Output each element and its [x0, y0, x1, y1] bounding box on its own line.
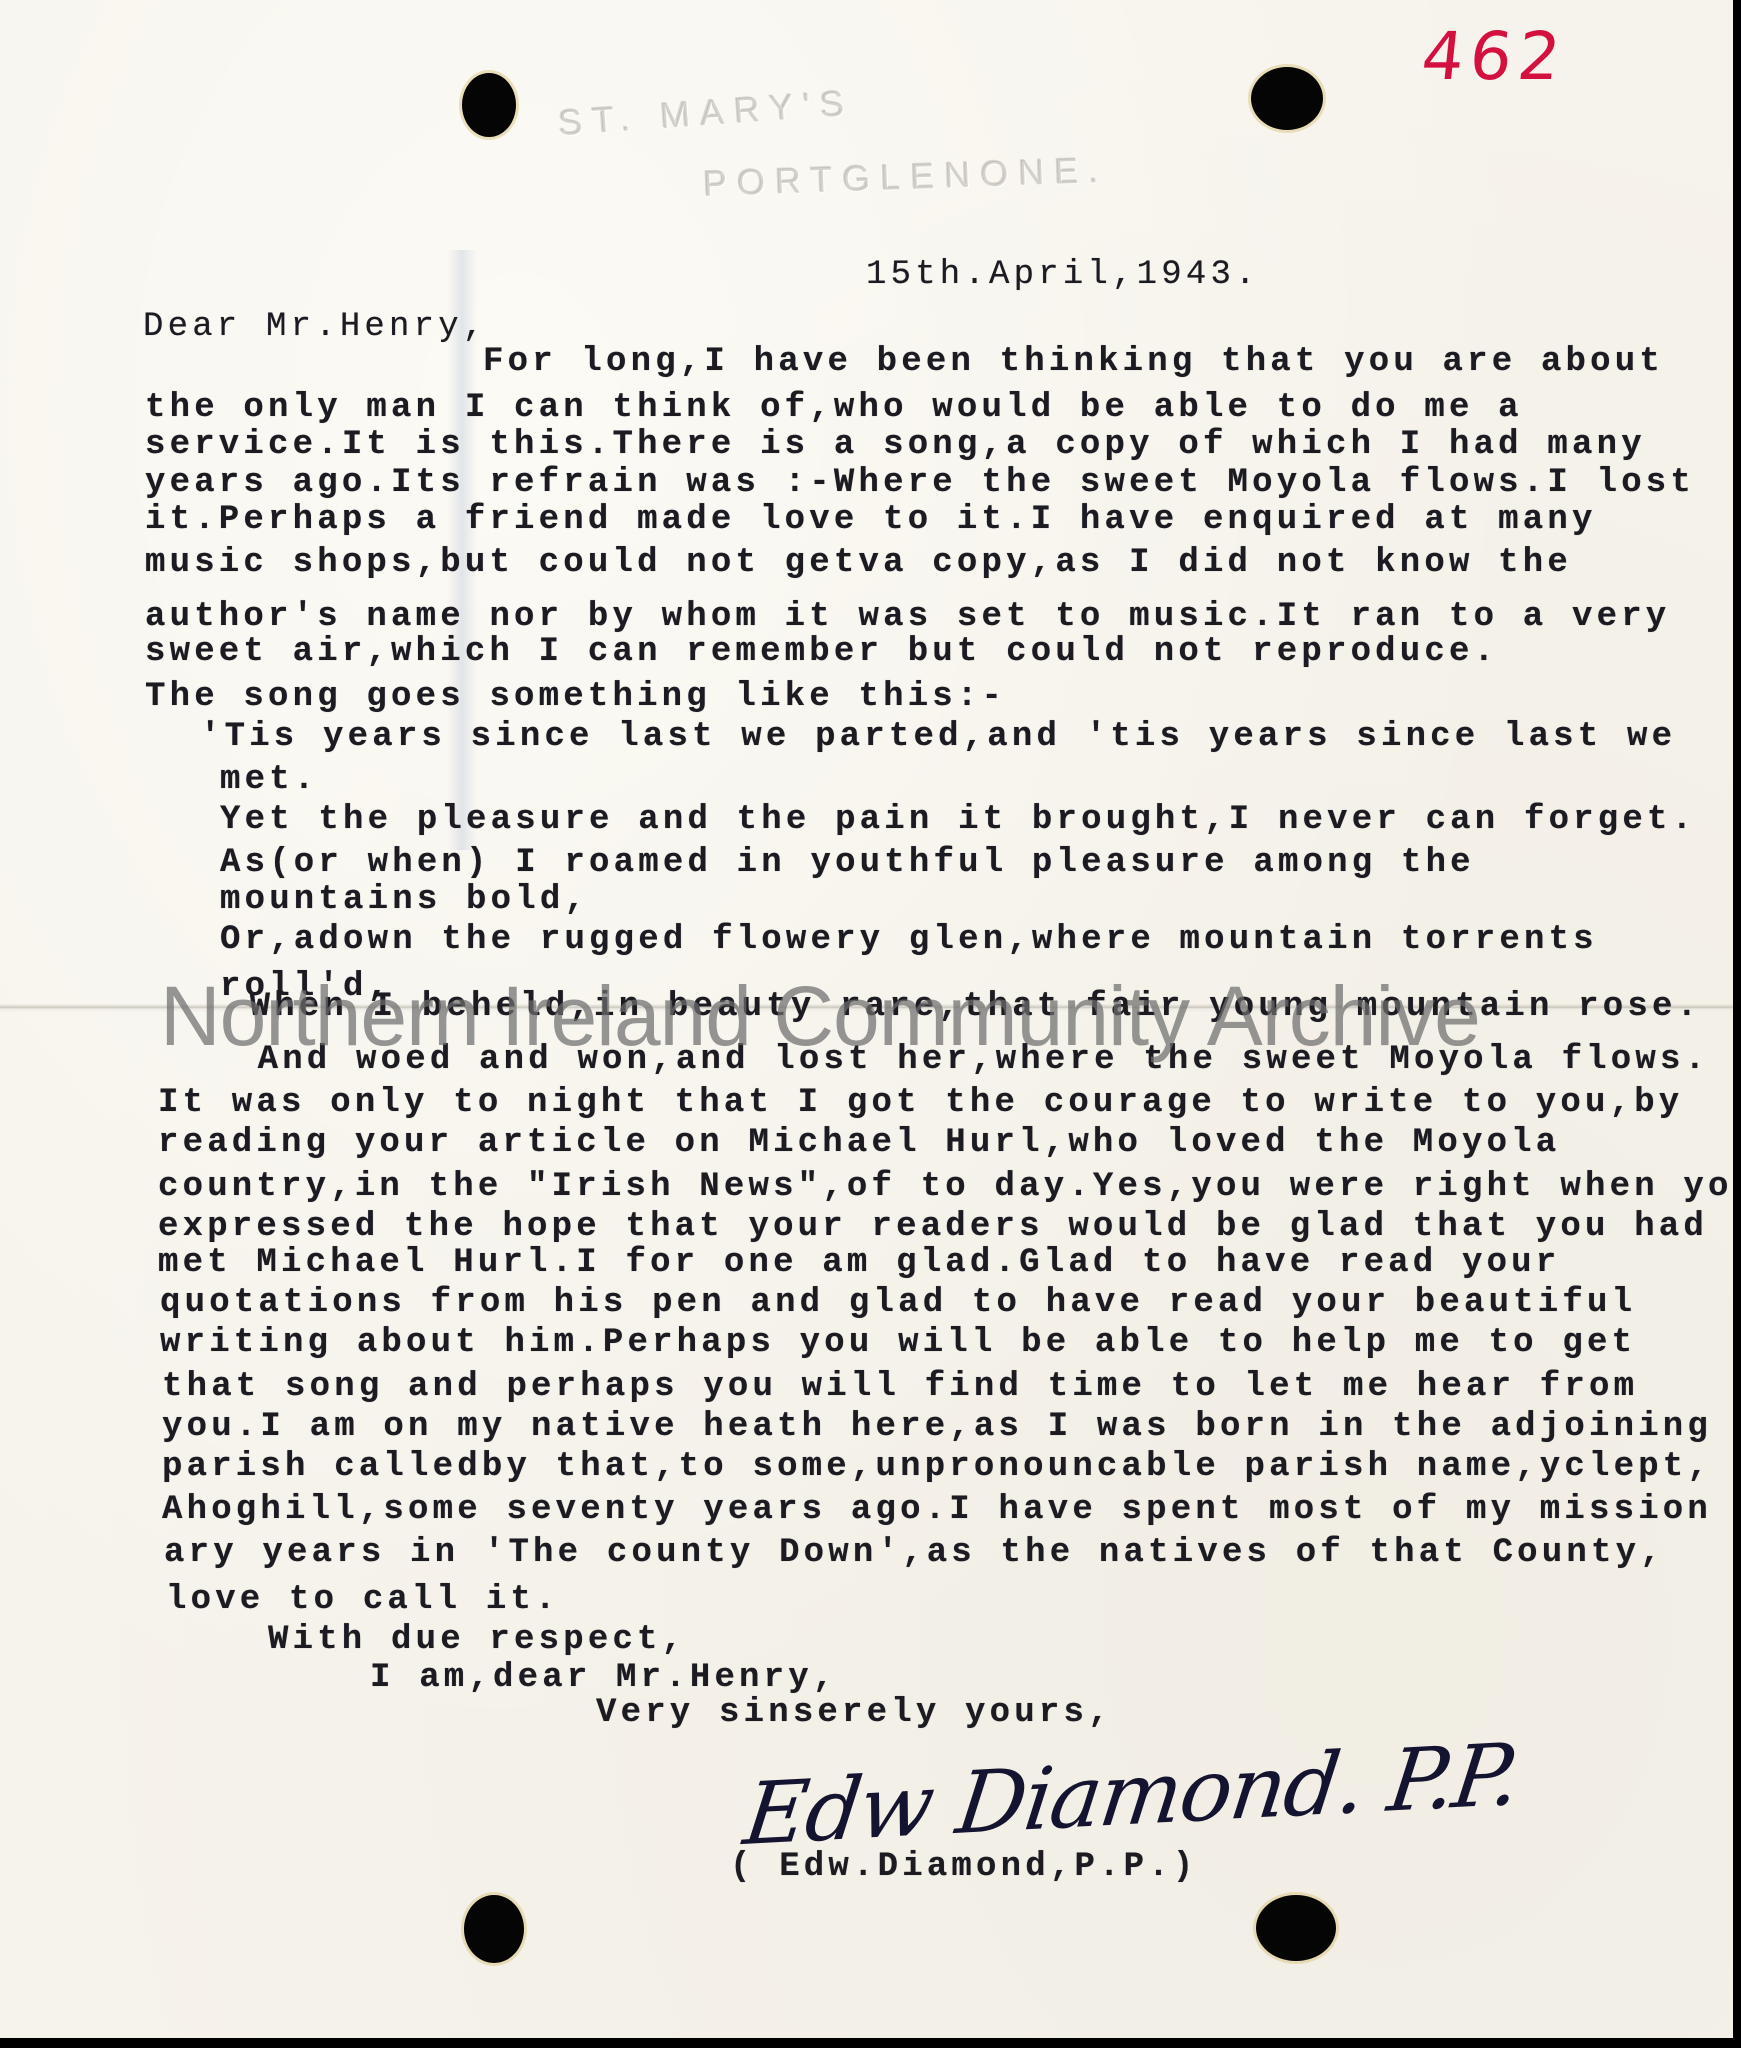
body-line: years ago.Its refrain was :-Where the sw… — [145, 466, 1695, 500]
body-line: that song and perhaps you will find time… — [162, 1370, 1638, 1404]
punch-hole-top-right — [1251, 67, 1323, 130]
song-line: As(or when) I roamed in youthful pleasur… — [220, 846, 1475, 880]
archive-watermark: Northern Ireland Community Archive — [160, 968, 1480, 1065]
letter-date: 15th.April,1943. — [866, 258, 1260, 292]
archive-number: 462 — [1418, 18, 1570, 95]
letter-page: 462 ST. MARY'S PORTGLENONE. 15th.April,1… — [0, 0, 1733, 2038]
body-line: writing about him.Perhaps you will be ab… — [160, 1326, 1636, 1360]
body-line: ary years in 'The county Down',as the na… — [164, 1536, 1665, 1570]
body-line: reading your article on Michael Hurl,who… — [158, 1126, 1560, 1160]
closing-line-3: Very sinserely yours, — [596, 1696, 1113, 1730]
song-line: met. — [220, 763, 318, 797]
closing-line-2: I am,dear Mr.Henry, — [370, 1661, 837, 1695]
body-line: For long,I have been thinking that you a… — [483, 345, 1664, 379]
body-line: Ahoghill,some seventy years ago.I have s… — [162, 1493, 1712, 1527]
song-line: Yet the pleasure and the pain it brought… — [220, 803, 1696, 837]
body-line: music shops,but could not getva copy,as … — [145, 546, 1572, 580]
body-line: parish calledby that,to some,unpronounca… — [162, 1450, 1712, 1484]
letterhead-line-2: PORTGLENONE. — [702, 149, 1109, 205]
body-line: you.I am on my native heath here,as I wa… — [162, 1410, 1712, 1444]
body-line: love to call it. — [166, 1583, 560, 1617]
body-line: the only man I can think of,who would be… — [145, 391, 1523, 425]
song-line: Or,adown the rugged flowery glen,where m… — [220, 923, 1598, 957]
salutation: Dear Mr.Henry, — [143, 310, 487, 344]
typed-signature: ( Edw.Diamond,P.P.) — [730, 1850, 1197, 1884]
body-line: service.It is this.There is a song,a cop… — [145, 428, 1646, 462]
handwritten-signature: Edw Diamond. P.P. — [739, 1725, 1524, 1865]
song-line: mountains bold, — [220, 883, 589, 917]
body-line: expressed the hope that your readers wou… — [158, 1210, 1708, 1244]
body-line: it.Perhaps a friend made love to it.I ha… — [145, 503, 1597, 537]
punch-hole-top-left — [462, 73, 516, 137]
body-line: It was only to night that I got the cour… — [158, 1086, 1683, 1120]
body-line: met Michael Hurl.I for one am glad.Glad … — [158, 1246, 1560, 1280]
body-line: The song goes something like this:- — [145, 680, 1006, 714]
closing-line-1: With due respect, — [268, 1623, 686, 1657]
letterhead-line-1: ST. MARY'S — [557, 82, 855, 145]
body-line: country,in the "Irish News",of to day.Ye… — [158, 1170, 1733, 1204]
body-line: quotations from his pen and glad to have… — [160, 1286, 1636, 1320]
body-line: sweet air,which I can remember but could… — [145, 635, 1498, 669]
punch-hole-bottom-left — [464, 1895, 524, 1963]
body-line: author's name nor by whom it was set to … — [145, 600, 1670, 634]
song-line: 'Tis years since last we parted,and 'tis… — [200, 720, 1676, 754]
punch-hole-bottom-right — [1256, 1895, 1336, 1961]
